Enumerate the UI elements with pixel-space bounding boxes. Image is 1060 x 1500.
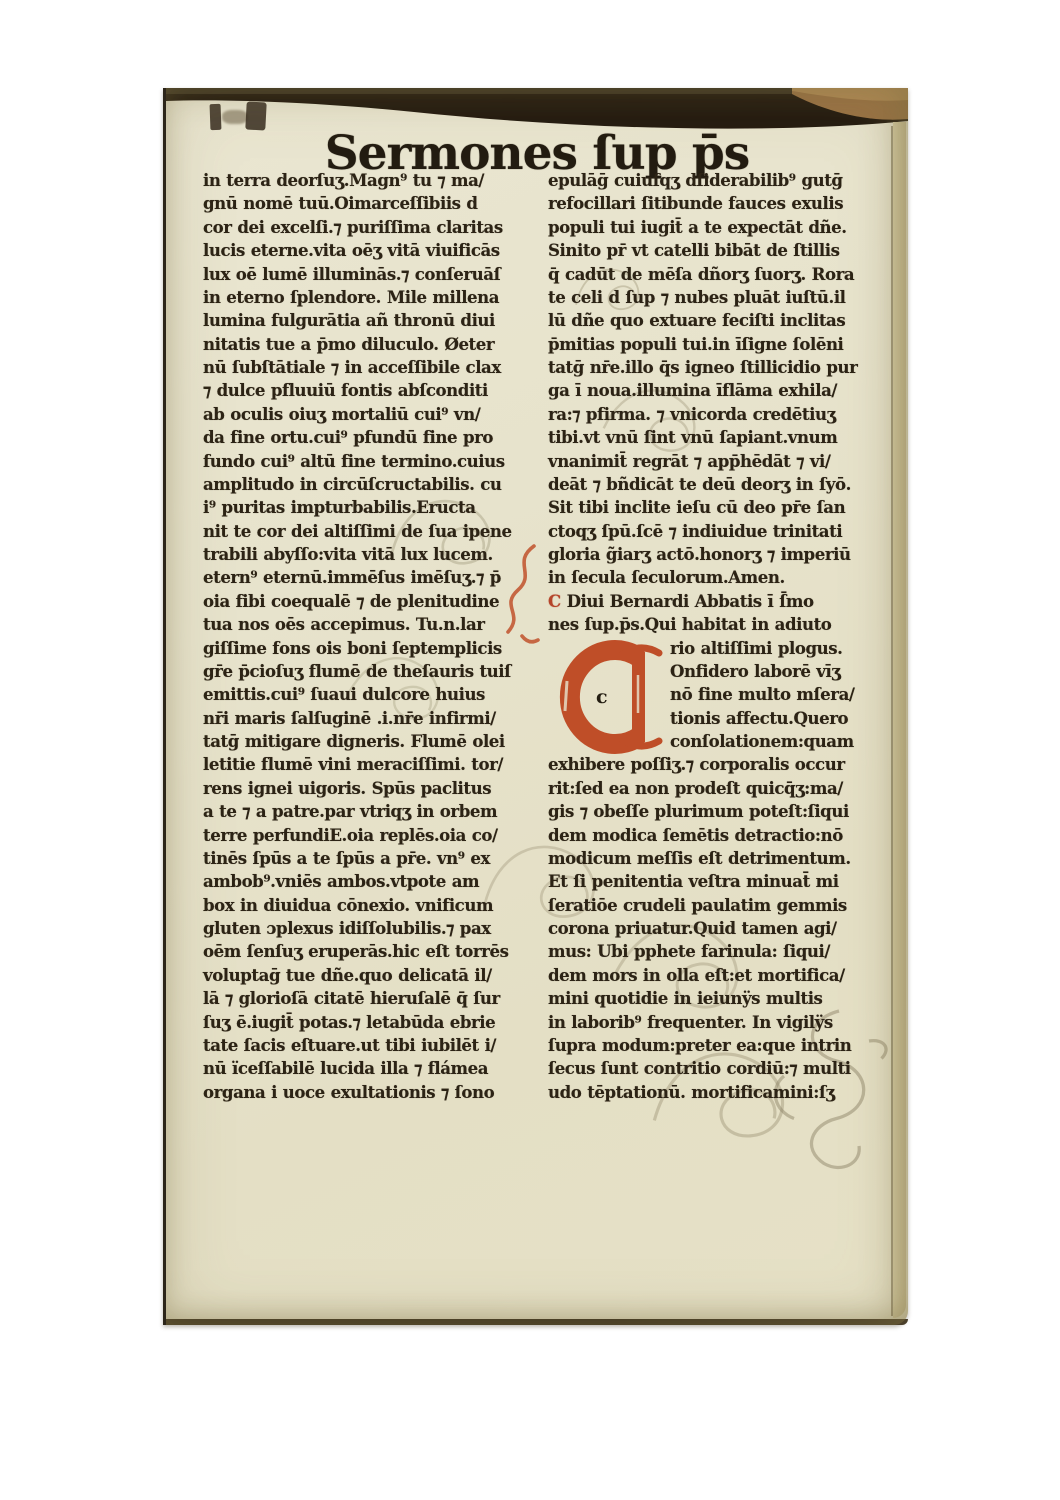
text-line: Onfidero laborē vīʒ xyxy=(670,660,888,683)
text-line: ſecus ſunt contritio cordiū:⁊ multi xyxy=(548,1057,888,1080)
text-line: populi tui iugit̄ a te expectāt dñe. xyxy=(548,216,888,239)
text-line: in ſecula ſeculorum.Amen. xyxy=(548,566,888,589)
text-line: nit te cor dei altiſſimi de ſua ipene xyxy=(203,520,543,543)
text-line: ab oculis oiuʒ mortaliū cui⁹ vn/ xyxy=(203,403,543,426)
book-page: Sermones ſup p̄s in terra deorſuʒ.Magn⁹ … xyxy=(163,88,908,1325)
text-line: conſolationem:quam xyxy=(670,730,888,753)
text-line: tinēs ſpūs a te ſpūs a pr̄e. vn⁹ ex xyxy=(203,847,543,870)
rubricated-capitulum: C xyxy=(548,591,561,611)
text-line: dem modica ſemētis detractio:nō xyxy=(548,824,888,847)
text-line: ſeratiōe crudeli paulatim gemmis xyxy=(548,894,888,917)
scanned-page-photo: Sermones ſup p̄s in terra deorſuʒ.Magn⁹ … xyxy=(163,88,905,1325)
text-line: in laborib⁹ frequenter. In vigilÿs xyxy=(548,1011,888,1034)
page-edge-strip xyxy=(893,122,906,1318)
text-line: rio altiſſimi plogus. xyxy=(670,637,888,660)
text-line: epulāḡ cuiuſqʒ dſiderabilib⁹ gutḡ xyxy=(548,169,888,192)
text-line: corona priuatur.Quid tamen agi/ xyxy=(548,917,888,940)
text-line: gnū nomē tuū.Oimarceſſibiis d xyxy=(203,192,543,215)
text-line: lū dñe quo extuare feciſti inclitas xyxy=(548,309,888,332)
text-line: a te ⁊ a patre.par vtriqʒ in orbem xyxy=(203,800,543,823)
text-line: udo tēptationū. mortificamini:ſʒ xyxy=(548,1081,888,1104)
text-line: voluptaḡ tue dñe.quo delicatā il/ xyxy=(203,964,543,987)
text-line: tua nos oēs accepimus. Tu.n.lar xyxy=(203,613,543,636)
text-line: fundo cui⁹ altū fine termino.cuius xyxy=(203,450,543,473)
text-line: i⁹ puritas impturbabilis.Eructa xyxy=(203,496,543,519)
text-line: refocillari ſitibunde fauces exulis xyxy=(548,192,888,215)
text-line: lumina fulgurātia añ thronū diui xyxy=(203,309,543,332)
text-line: gis ⁊ obeſſe plurimum poteſt:ſiqui xyxy=(548,800,888,823)
text-line: deāt ⁊ bñdicāt te deū deorʒ in ſyō. xyxy=(548,473,888,496)
text-line: lux oē lumē illuminās.⁊ conſeruāſ xyxy=(203,263,543,286)
text-line: mini quotidie in ieiunÿs multis xyxy=(548,987,888,1010)
text-line: Sinito pr̄ vt catelli bibāt de ſtillis xyxy=(548,239,888,262)
text-line: trabili abyſſo:vita vitā lux lucem. xyxy=(203,543,543,566)
text-line: ra:⁊ pfirma. ⁊ vnicorda credētiuʒ xyxy=(548,403,888,426)
text-line: ctoqʒ ſpū.ſcē ⁊ indiuidue trinitati xyxy=(548,520,888,543)
text-line: rit:ſed ea non prodeſt quicq̄ʒ:ma/ xyxy=(548,777,888,800)
left-text-column: in terra deorſuʒ.Magn⁹ tu ⁊ ma/gnū nomē … xyxy=(203,169,543,1104)
book-bottom-edge xyxy=(166,1319,908,1325)
text-line: mus: Ubi pphete farinula: ſiqui/ xyxy=(548,940,888,963)
text-line: tionis affectu.Quero xyxy=(670,707,888,730)
text-line: gloria g̃iarʒ actō.honorʒ ⁊ imperiū xyxy=(548,543,888,566)
text-line: rens ignei uigoris. Spūs paclitus xyxy=(203,777,543,800)
text-line: gr̄e p̄cioſuʒ flumē de theſauris tuiſ xyxy=(203,660,543,683)
text-line: oia fibi coequalē ⁊ de plenitudine xyxy=(203,590,543,613)
text-line: tibi.vt vnū ſint vnū ſapiant.vnum xyxy=(548,426,888,449)
text-line: organa i uoce exultationis ⁊ ſono xyxy=(203,1081,543,1104)
text-line: giſſime fons ois boni ſeptemplicis xyxy=(203,637,543,660)
text-line: tate ſacis eſtuare.ut tibi iubilēt i/ xyxy=(203,1034,543,1057)
text-line: vnanimit̄ regrāt ⁊ app̄hēdāt ⁊ vi/ xyxy=(548,450,888,473)
text-line: lā ⁊ glorioſā citatē hieruſalē q̄ ſur xyxy=(203,987,543,1010)
text-line: ſupra modum:preter ea:que intrin xyxy=(548,1034,888,1057)
text-line: nitatis tue a p̄mo diluculo. Øeter xyxy=(203,333,543,356)
guide-letter: c xyxy=(596,686,608,708)
text-line: Et ſi penitentia veſtra minuat̄ mi xyxy=(548,870,888,893)
text-line: nr̄i maris ſalſuginē .i.nr̄e infirmi/ xyxy=(203,707,543,730)
text-line: in eterno ſplendore. Mile millena xyxy=(203,286,543,309)
text-line: Sit tibi inclite ieſu cū deo pr̄e ſan xyxy=(548,496,888,519)
text-line: oēm ſenſuʒ eruperās.hic eſt torrēs xyxy=(203,940,543,963)
text-line: ga ī noua.illumina īflāma exhila/ xyxy=(548,379,888,402)
text-line: modicum meſſis eſt detrimentum. xyxy=(548,847,888,870)
text-line: tatḡ nr̄e.illo q̄s igneo ſtillicidio pur xyxy=(548,356,888,379)
text-line: box in diuidua cōnexio. vnificum xyxy=(203,894,543,917)
text-line: ⁊ dulce pfluuiū fontis abſconditi xyxy=(203,379,543,402)
text-line: nū ïceſſabilē lucida illa ⁊ flámea xyxy=(203,1057,543,1080)
text-line: gluten ɔplexus idiſſolubilis.⁊ pax xyxy=(203,917,543,940)
text-line: nū ſubſtātiale ⁊ in acceſſibile clax xyxy=(203,356,543,379)
text-line: in terra deorſuʒ.Magn⁹ tu ⁊ ma/ xyxy=(203,169,543,192)
text-line: cor dei excelſi.⁊ puriſſima claritas xyxy=(203,216,543,239)
text-line: tatḡ mitigare digneris. Flumē olei xyxy=(203,730,543,753)
text-line: p̄mitias populi tui.in īſigne ſolēni xyxy=(548,333,888,356)
text-line: emittis.cui⁹ ſuaui dulcore huius xyxy=(203,683,543,706)
text-line: dem mors in olla eſt:et mortifica/ xyxy=(548,964,888,987)
text-line: q̄ cadūt de mēſa dñorʒ ſuorʒ. Rora xyxy=(548,263,888,286)
text-line: nō fine multo mſera/ xyxy=(670,683,888,706)
text-line: da fine ortu.cui⁹ pfundū fine pro xyxy=(203,426,543,449)
text-line: ambob⁹.vniēs ambos.vtpote am xyxy=(203,870,543,893)
text-line: C Diui Bernardi Abbatis ī ſ̄mo xyxy=(548,590,888,613)
text-line: nes ſup.p̄s.Qui habitat in adiuto xyxy=(548,613,888,636)
text-line: etern⁹ eternū.immēſus imēſuʒ.⁊ p̄ xyxy=(203,566,543,589)
text-line: ſuʒ ē.iugit̄ potas.⁊ letabūda ebrie xyxy=(203,1011,543,1034)
signature-mark-smudge xyxy=(222,110,248,124)
text-line: letitie flumē vini meraciſſimi. tor/ xyxy=(203,753,543,776)
text-line: lucis eterne.vita oēʒ vitā viuificās xyxy=(203,239,543,262)
text-line: amplitudo in circūſcructabilis. cu xyxy=(203,473,543,496)
text-line: te celi d ſup ⁊ nubes pluāt iuſtū.il xyxy=(548,286,888,309)
text-line: terre perfundiE.oia replēs.oia co/ xyxy=(203,824,543,847)
